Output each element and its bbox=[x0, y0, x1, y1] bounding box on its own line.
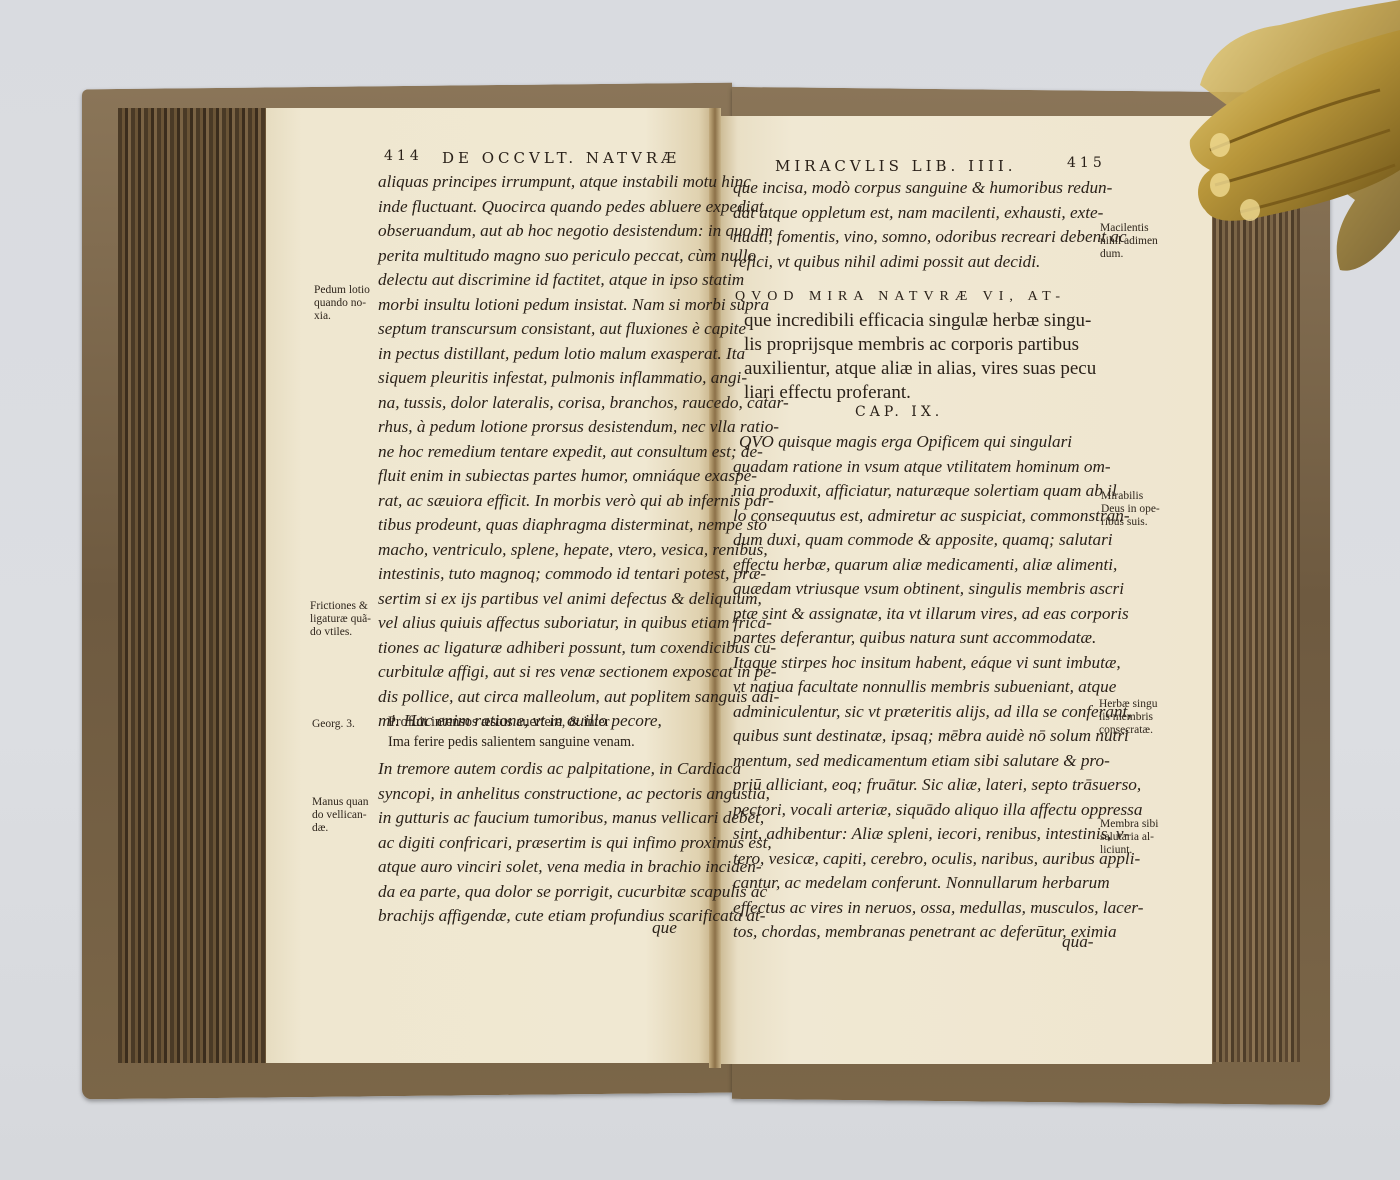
text-line: obseruandum, aut ab hoc negotio desisten… bbox=[378, 219, 789, 244]
chapter-number: CAP. IX. bbox=[855, 404, 943, 420]
text-line: delectu aut discrimine id factitet, atqu… bbox=[378, 268, 789, 293]
margin-note-line: Pedum lotio bbox=[314, 284, 370, 297]
text-line: effectus ac vires in neruos, ossa, medul… bbox=[733, 896, 1144, 921]
text-line: curbitulæ affigi, aut si res venæ sectio… bbox=[378, 660, 789, 685]
text-line: siquem pleuritis infestat, pulmonis infl… bbox=[378, 366, 789, 391]
text-line: que incisa, modò corpus sanguine & humor… bbox=[733, 176, 1127, 201]
margin-note-line: nihil adimen bbox=[1100, 235, 1158, 248]
right-page-number: 415 bbox=[1067, 155, 1106, 171]
chapter-heading-line: que incredibili efficacia singulæ herbæ … bbox=[735, 309, 1096, 333]
chapter-heading-line: liari effectu proferant. bbox=[735, 381, 1096, 405]
text-line: quædam vtriusque vsum obtinent, singulis… bbox=[733, 577, 1144, 602]
text-line: pectori, vocali arteriæ, siquādo aliquo … bbox=[733, 798, 1144, 823]
text-line: dat atque oppletum est, nam macilenti, e… bbox=[733, 201, 1127, 226]
text-line: da ea parte, qua dolor se porrigit, cucu… bbox=[378, 880, 772, 905]
text-line: dum duxi, quam commode & apposite, quamq… bbox=[733, 528, 1144, 553]
text-line: QVO quisque magis erga Opificem qui sing… bbox=[733, 430, 1144, 455]
margin-note-line: Manus quan bbox=[312, 796, 369, 809]
text-line: In tremore autem cordis ac palpitatione,… bbox=[378, 757, 772, 782]
text-line: Itaque stirpes hoc insitum habent, eáque… bbox=[733, 651, 1144, 676]
right-catchword: qua- bbox=[1062, 930, 1094, 955]
margin-note: Manus quan do vellican- dæ. bbox=[312, 796, 369, 835]
margin-note-line: Herbæ singu bbox=[1099, 698, 1157, 711]
left-page-block-edge bbox=[118, 108, 266, 1063]
margin-note-line: quando no- bbox=[314, 297, 370, 310]
text-line: vel alius quiuis affectus suboriatur, in… bbox=[378, 611, 789, 636]
text-line: in pectus distillant, pedum lotio malum … bbox=[378, 342, 789, 367]
text-line: sertim si ex ijs partibus vel animi defe… bbox=[378, 587, 789, 612]
left-body-text: aliquas principes irrumpunt, atque insta… bbox=[378, 170, 789, 734]
text-line: ne hoc remedium tentare expedit, aut con… bbox=[378, 440, 789, 465]
text-line: mentum, sed medicamentum etiam sibi salu… bbox=[733, 749, 1144, 774]
text-line: ac digiti confricari, præsertim is qui i… bbox=[378, 831, 772, 856]
margin-note: Membra sibi salutaria al- liciunt. bbox=[1100, 818, 1158, 857]
text-line: lo consequutus est, admiretur ac suspici… bbox=[733, 504, 1144, 529]
margin-note-line: consecratæ. bbox=[1099, 724, 1157, 737]
text-line: nuati, fomentis, vino, somno, odoribus r… bbox=[733, 225, 1127, 250]
text-line: quibus sunt destinatæ, ipsaq; mēbra auid… bbox=[733, 724, 1144, 749]
text-line: rat, ac sæuiora efficit. In morbis verò … bbox=[378, 489, 789, 514]
text-line: morbi insultu lotioni pedum insistat. Na… bbox=[378, 293, 789, 318]
margin-note-line: Georg. 3. bbox=[312, 718, 355, 731]
verse-line: Ima ferire pedis salientem sanguine vena… bbox=[388, 732, 635, 752]
verse-line: Profuit intensos æstus auertere, & inter bbox=[388, 712, 635, 732]
text-line: ptæ sint & assignatæ, ita vt illarum vir… bbox=[733, 602, 1144, 627]
chapter-heading: QVOD MIRA NATVRÆ VI, AT- que incredibili… bbox=[735, 285, 1096, 405]
text-line: brachijs affigendæ, cute etiam profundiu… bbox=[378, 904, 772, 929]
text-line: tero, vesicæ, capiti, cerebro, oculis, n… bbox=[733, 847, 1144, 872]
text-line: septum transcursum consistant, aut fluxi… bbox=[378, 317, 789, 342]
margin-note-line: dum. bbox=[1100, 248, 1158, 261]
chapter-heading-line: lis proprijsque membris ac corporis part… bbox=[735, 333, 1096, 357]
text-line: vt natiua facultate nonnullis membris su… bbox=[733, 675, 1144, 700]
text-line: priū alliciant, eoq; fruātur. Sic aliæ, … bbox=[733, 773, 1144, 798]
brass-hand-clamp-icon bbox=[1170, 0, 1400, 280]
margin-note-line: do vtiles. bbox=[310, 626, 371, 639]
left-body-text-continued: In tremore autem cordis ac palpitatione,… bbox=[378, 757, 772, 929]
chapter-heading-first-line: QVOD MIRA NATVRÆ VI, AT- bbox=[735, 285, 1096, 309]
left-running-head: DE OCCVLT. NATVRÆ bbox=[442, 149, 680, 167]
left-catchword: que bbox=[652, 916, 677, 941]
margin-note: Pedum lotio quando no- xia. bbox=[314, 284, 370, 323]
margin-note-line: lis membris bbox=[1099, 711, 1157, 724]
text-line: sint, adhibentur: Aliæ spleni, iecori, r… bbox=[733, 822, 1144, 847]
text-line: aliquas principes irrumpunt, atque insta… bbox=[378, 170, 789, 195]
margin-note-line: ribus suis. bbox=[1101, 516, 1160, 529]
text-line: inde fluctuant. Quocirca quando pedes ab… bbox=[378, 195, 789, 220]
margin-note: Mirabilis Deus in ope- ribus suis. bbox=[1101, 490, 1160, 529]
margin-note-line: xia. bbox=[314, 310, 370, 323]
right-running-head: MIRACVLIS LIB. IIII. bbox=[775, 157, 1017, 175]
text-line: partes deferantur, quibus natura sunt ac… bbox=[733, 626, 1144, 651]
text-line: intestinis, tuto magnoq; commodo id tent… bbox=[378, 562, 789, 587]
right-body-text-top: que incisa, modò corpus sanguine & humor… bbox=[733, 176, 1127, 274]
margin-note-line: Membra sibi bbox=[1100, 818, 1158, 831]
margin-note-line: Frictiones & bbox=[310, 600, 371, 613]
text-line: tiones ac ligaturæ adhiberi possunt, tum… bbox=[378, 636, 789, 661]
text-line: fluit enim in subiectas partes humor, om… bbox=[378, 464, 789, 489]
text-line: adminiculentur, sic vt præteritis alijs,… bbox=[733, 700, 1144, 725]
margin-note: Herbæ singu lis membris consecratæ. bbox=[1099, 698, 1157, 737]
margin-note-line: salutaria al- bbox=[1100, 831, 1158, 844]
text-line: dis pollice, aut circa malleolum, aut po… bbox=[378, 685, 789, 710]
margin-note-line: Macilentis bbox=[1100, 222, 1158, 235]
text-line: in gutturis ac faucium tumoribus, manus … bbox=[378, 806, 772, 831]
text-line: na, tussis, dolor lateralis, corisa, bra… bbox=[378, 391, 789, 416]
text-line: rhus, à pedum lotione prorsus desistendu… bbox=[378, 415, 789, 440]
margin-note-line: do vellican- bbox=[312, 809, 369, 822]
chapter-heading-line: auxilientur, atque aliæ in alias, vires … bbox=[735, 357, 1096, 381]
right-body-text: QVO quisque magis erga Opificem qui sing… bbox=[733, 430, 1144, 945]
text-line: perita multitudo magno suo periculo pecc… bbox=[378, 244, 789, 269]
text-line: nia produxit, afficiatur, naturæque sole… bbox=[733, 479, 1144, 504]
margin-note: Frictiones & ligaturæ quã- do vtiles. bbox=[310, 600, 371, 639]
text-line: macho, ventriculo, splene, hepate, vtero… bbox=[378, 538, 789, 563]
text-line: cantur, ac medelam conferunt. Nonnullaru… bbox=[733, 871, 1144, 896]
margin-note: Georg. 3. bbox=[312, 718, 355, 731]
margin-note: Macilentis nihil adimen dum. bbox=[1100, 222, 1158, 261]
left-page-number: 414 bbox=[384, 148, 423, 164]
text-line: effectu herbæ, quarum aliæ medicamenti, … bbox=[733, 553, 1144, 578]
margin-note-line: dæ. bbox=[312, 822, 369, 835]
margin-note-line: Mirabilis bbox=[1101, 490, 1160, 503]
margin-note-line: ligaturæ quã- bbox=[310, 613, 371, 626]
text-line: syncopi, in anhelitus constructione, ac … bbox=[378, 782, 772, 807]
margin-note-line: liciunt. bbox=[1100, 844, 1158, 857]
text-line: quadam ratione in vsum atque vtilitatem … bbox=[733, 455, 1144, 480]
text-line: atque auro vinciri solet, vena media in … bbox=[378, 855, 772, 880]
text-line: refici, vt quibus nihil adimi possit aut… bbox=[733, 250, 1127, 275]
text-line: tibus prodeunt, quas diaphragma distermi… bbox=[378, 513, 789, 538]
verse-quotation: Profuit intensos æstus auertere, & inter… bbox=[388, 712, 635, 752]
margin-note-line: Deus in ope- bbox=[1101, 503, 1160, 516]
